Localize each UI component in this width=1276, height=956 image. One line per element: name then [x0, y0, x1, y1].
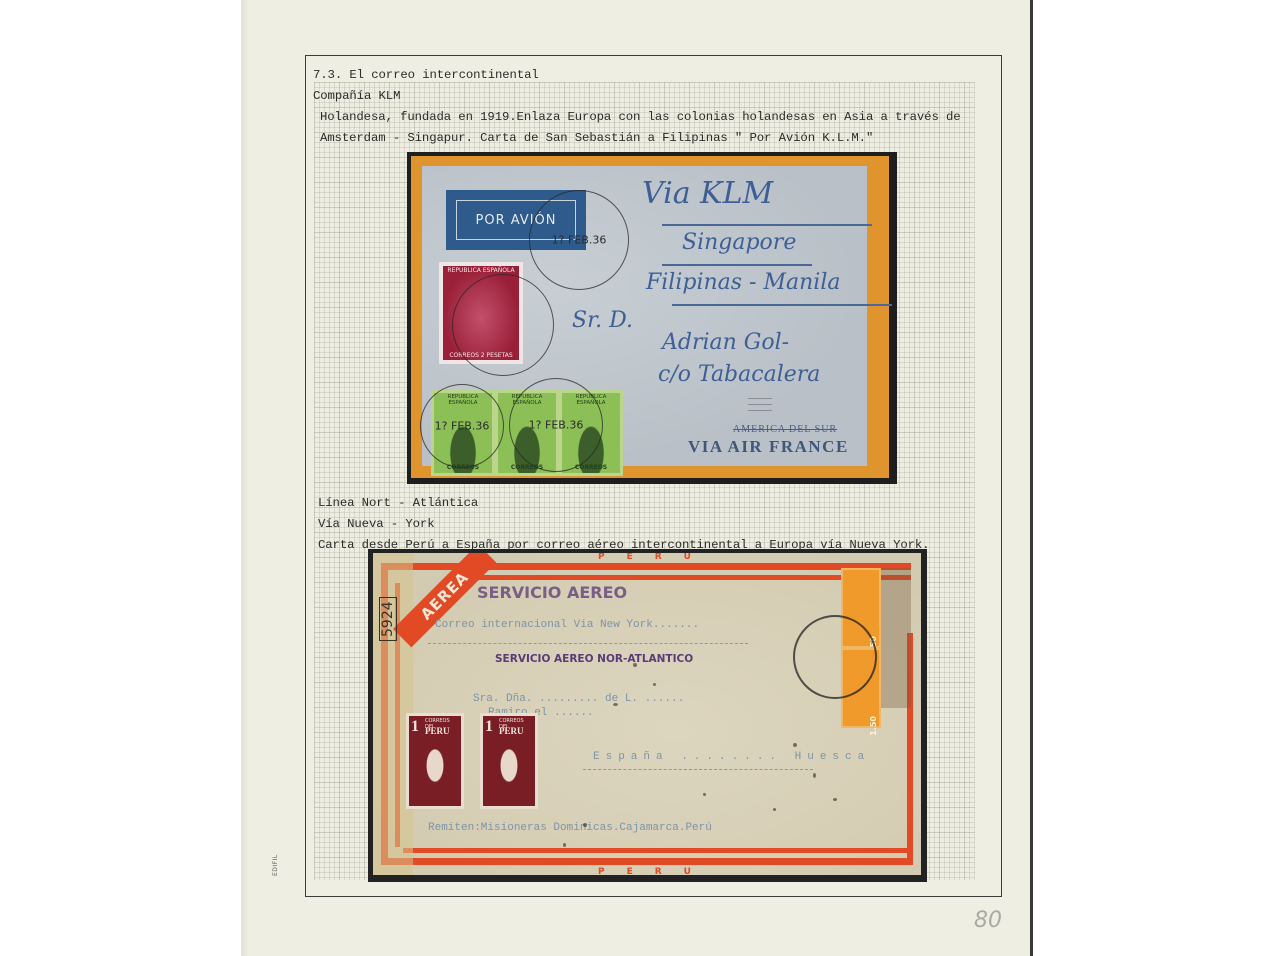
page-number: 80	[974, 908, 1002, 933]
description-line-1: Holandesa, fundada en 1919.Enlaza Europa…	[320, 110, 961, 124]
handwritten-underline	[662, 264, 812, 266]
handwritten-filipinas-manila: Filipinas - Manila	[646, 270, 841, 295]
ink-speck	[703, 793, 706, 796]
ink-speck	[813, 773, 816, 778]
printed-route: VIA AIR FRANCE	[688, 437, 849, 457]
section-heading: 7.3. El correo intercontinental	[313, 68, 539, 82]
ink-speck	[583, 823, 587, 827]
handwritten-singapore: Singapore	[682, 230, 796, 255]
stamp-country: PERU	[499, 726, 524, 736]
band-text-bottom: PERU	[598, 867, 713, 875]
envelope-paper: PERU PERU AEREA 5924 SERVICIO AEREO Corr…	[373, 553, 921, 875]
handwritten-underline	[672, 304, 892, 306]
handwritten-salutation: Sr. D.	[572, 308, 633, 333]
handwritten-via-klm: Via KLM	[642, 176, 773, 211]
ink-speck	[653, 683, 656, 686]
stamp-value: 1	[411, 718, 419, 736]
typed-sender: Remiten:Misioneras Dominicas.Cajamarca.P…	[428, 822, 712, 834]
postmark-green-1: 1? FEB.36	[420, 384, 504, 468]
ink-speck	[633, 663, 637, 667]
ink-speck	[563, 843, 566, 847]
machine-cancel-line	[748, 398, 772, 399]
cover-peru-spain-airmail[interactable]: PERU PERU AEREA 5924 SERVICIO AEREO Corr…	[368, 549, 927, 882]
typed-underline	[583, 769, 813, 770]
border-band-bottom	[387, 858, 911, 865]
postmark-date: 1? FEB.36	[530, 234, 628, 247]
machine-cancel-line	[748, 410, 772, 411]
postmark-peru	[793, 615, 877, 699]
route-line-2: Vía Nueva - York	[318, 517, 434, 531]
registration-number: 5924	[379, 597, 397, 641]
typed-underline	[428, 643, 748, 644]
cover-klm-spain-philippines[interactable]: POR AVIÓN 1? FEB.36 REPUBLICA ESPAÑOLA C…	[407, 152, 897, 484]
typed-addressee: Sra. Dña. ......... de L. ......	[473, 693, 684, 705]
stamp-peru-1-sol-2: 1 CORREOS DEL PERU	[480, 713, 538, 809]
stamp-country: PERU	[425, 726, 450, 736]
handwritten-care-of: c/o Tabacalera	[658, 362, 820, 387]
ink-speck	[833, 798, 837, 801]
cachet-servicio-aereo: SERVICIO AEREO	[477, 583, 627, 602]
stain	[881, 568, 911, 708]
machine-cancel-line	[748, 404, 772, 405]
stamp-value: 1.50	[869, 716, 878, 736]
cachet-nor-atlantico: SERVICIO AEREO NOR-ATLANTICO	[495, 653, 693, 665]
postmark-date: 1? FEB.36	[421, 420, 503, 433]
envelope-paper: POR AVIÓN 1? FEB.36 REPUBLICA ESPAÑOLA C…	[422, 166, 867, 466]
publisher-mark: EDIFIL	[272, 854, 279, 876]
route-line-1: Línea Nort - Atlántica	[318, 496, 478, 510]
handwritten-addressee: Adrian Gol-	[662, 330, 789, 355]
description-line-2: Amsterdam - Singapur. Carta de San Sebas…	[320, 131, 873, 145]
ink-speck	[613, 703, 618, 706]
band-text-top: PERU	[598, 553, 713, 562]
stamp-value: 1	[485, 718, 493, 736]
ink-speck	[793, 743, 797, 747]
ink-speck	[773, 808, 776, 811]
postmark-stamp-red	[452, 274, 554, 376]
struck-destination: AMERICA DEL SUR	[733, 424, 837, 435]
postmark-date: 1? FEB.36	[510, 419, 602, 432]
handwritten-underline	[662, 224, 872, 226]
stamp-peru-1-sol-1: 1 CORREOS DEL PERU	[406, 713, 464, 809]
typed-destination: España ........ Huesca	[593, 751, 870, 763]
border-band-bottom-inner	[403, 848, 911, 853]
section-subheading: Compañía KLM	[313, 89, 400, 103]
stamp-header: REPUBLICA ESPAÑOLA	[443, 267, 519, 274]
postmark-green-2: 1? FEB.36	[509, 378, 603, 472]
typed-route: Correo internacional Via New York.......	[435, 619, 699, 631]
postmark-cambio-estafeta: 1? FEB.36	[529, 190, 629, 290]
